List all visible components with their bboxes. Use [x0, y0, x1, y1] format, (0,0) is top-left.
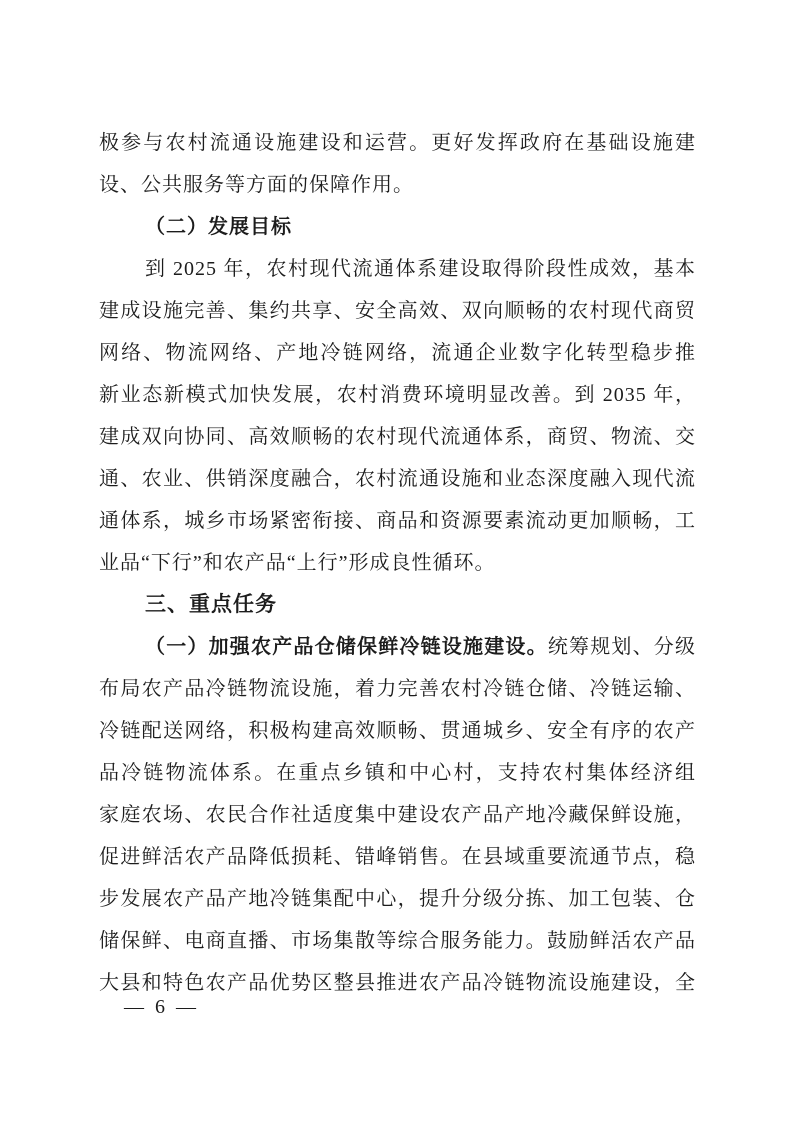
page-number: — 6 —	[124, 996, 199, 1019]
body-line: 到 2025 年，农村现代流通体系建设取得阶段性成效，基本	[99, 248, 696, 290]
body-line: 布局农产品冷链物流设施，着力完善农村冷链仓储、冷链运输、	[99, 668, 696, 710]
body-line: 步发展农产品产地冷链集配中心，提升分级分拣、加工包装、仓	[99, 878, 696, 920]
body-line: 通体系，城乡市场紧密衔接、商品和资源要素流动更加顺畅，工	[99, 500, 696, 542]
body-line: 设、公共服务等方面的保障作用。	[99, 164, 696, 206]
body-line: （一）加强农产品仓储保鲜冷链设施建设。统筹规划、分级	[99, 626, 696, 668]
body-line: 冷链配送网络，积极构建高效顺畅、贯通城乡、安全有序的农产	[99, 710, 696, 752]
body-line: 建成设施完善、集约共享、安全高效、双向顺畅的农村现代商贸	[99, 290, 696, 332]
subsection-heading: （二）发展目标	[99, 206, 696, 248]
body-line: 储保鲜、电商直播、市场集散等综合服务能力。鼓励鲜活农产品	[99, 920, 696, 962]
section-heading: 三、重点任务	[99, 584, 696, 626]
body-line: 建成双向协同、高效顺畅的农村现代流通体系，商贸、物流、交	[99, 416, 696, 458]
body-line: 极参与农村流通设施建设和运营。更好发挥政府在基础设施建	[99, 122, 696, 164]
body-line: 新业态新模式加快发展，农村消费环境明显改善。到 2035 年，	[99, 374, 696, 416]
body-line: 网络、物流网络、产地冷链网络，流通企业数字化转型稳步推进，	[99, 332, 696, 374]
clause-run-in-heading: （一）加强农产品仓储保鲜冷链设施建设。	[145, 636, 548, 658]
body-line: 业品“下行”和农产品“上行”形成良性循环。	[99, 542, 696, 584]
document-page: 极参与农村流通设施建设和运营。更好发挥政府在基础设施建 设、公共服务等方面的保障…	[0, 0, 793, 1122]
document-body: 极参与农村流通设施建设和运营。更好发挥政府在基础设施建 设、公共服务等方面的保障…	[99, 122, 696, 1004]
body-line: 通、农业、供销深度融合，农村流通设施和业态深度融入现代流	[99, 458, 696, 500]
body-line: 品冷链物流体系。在重点乡镇和中心村，支持农村集体经济组织、	[99, 752, 696, 794]
body-line: 促进鲜活农产品降低损耗、错峰销售。在县域重要流通节点，稳	[99, 836, 696, 878]
body-line: 家庭农场、农民合作社适度集中建设农产品产地冷藏保鲜设施，	[99, 794, 696, 836]
body-line-text: 统筹规划、分级	[548, 636, 696, 658]
